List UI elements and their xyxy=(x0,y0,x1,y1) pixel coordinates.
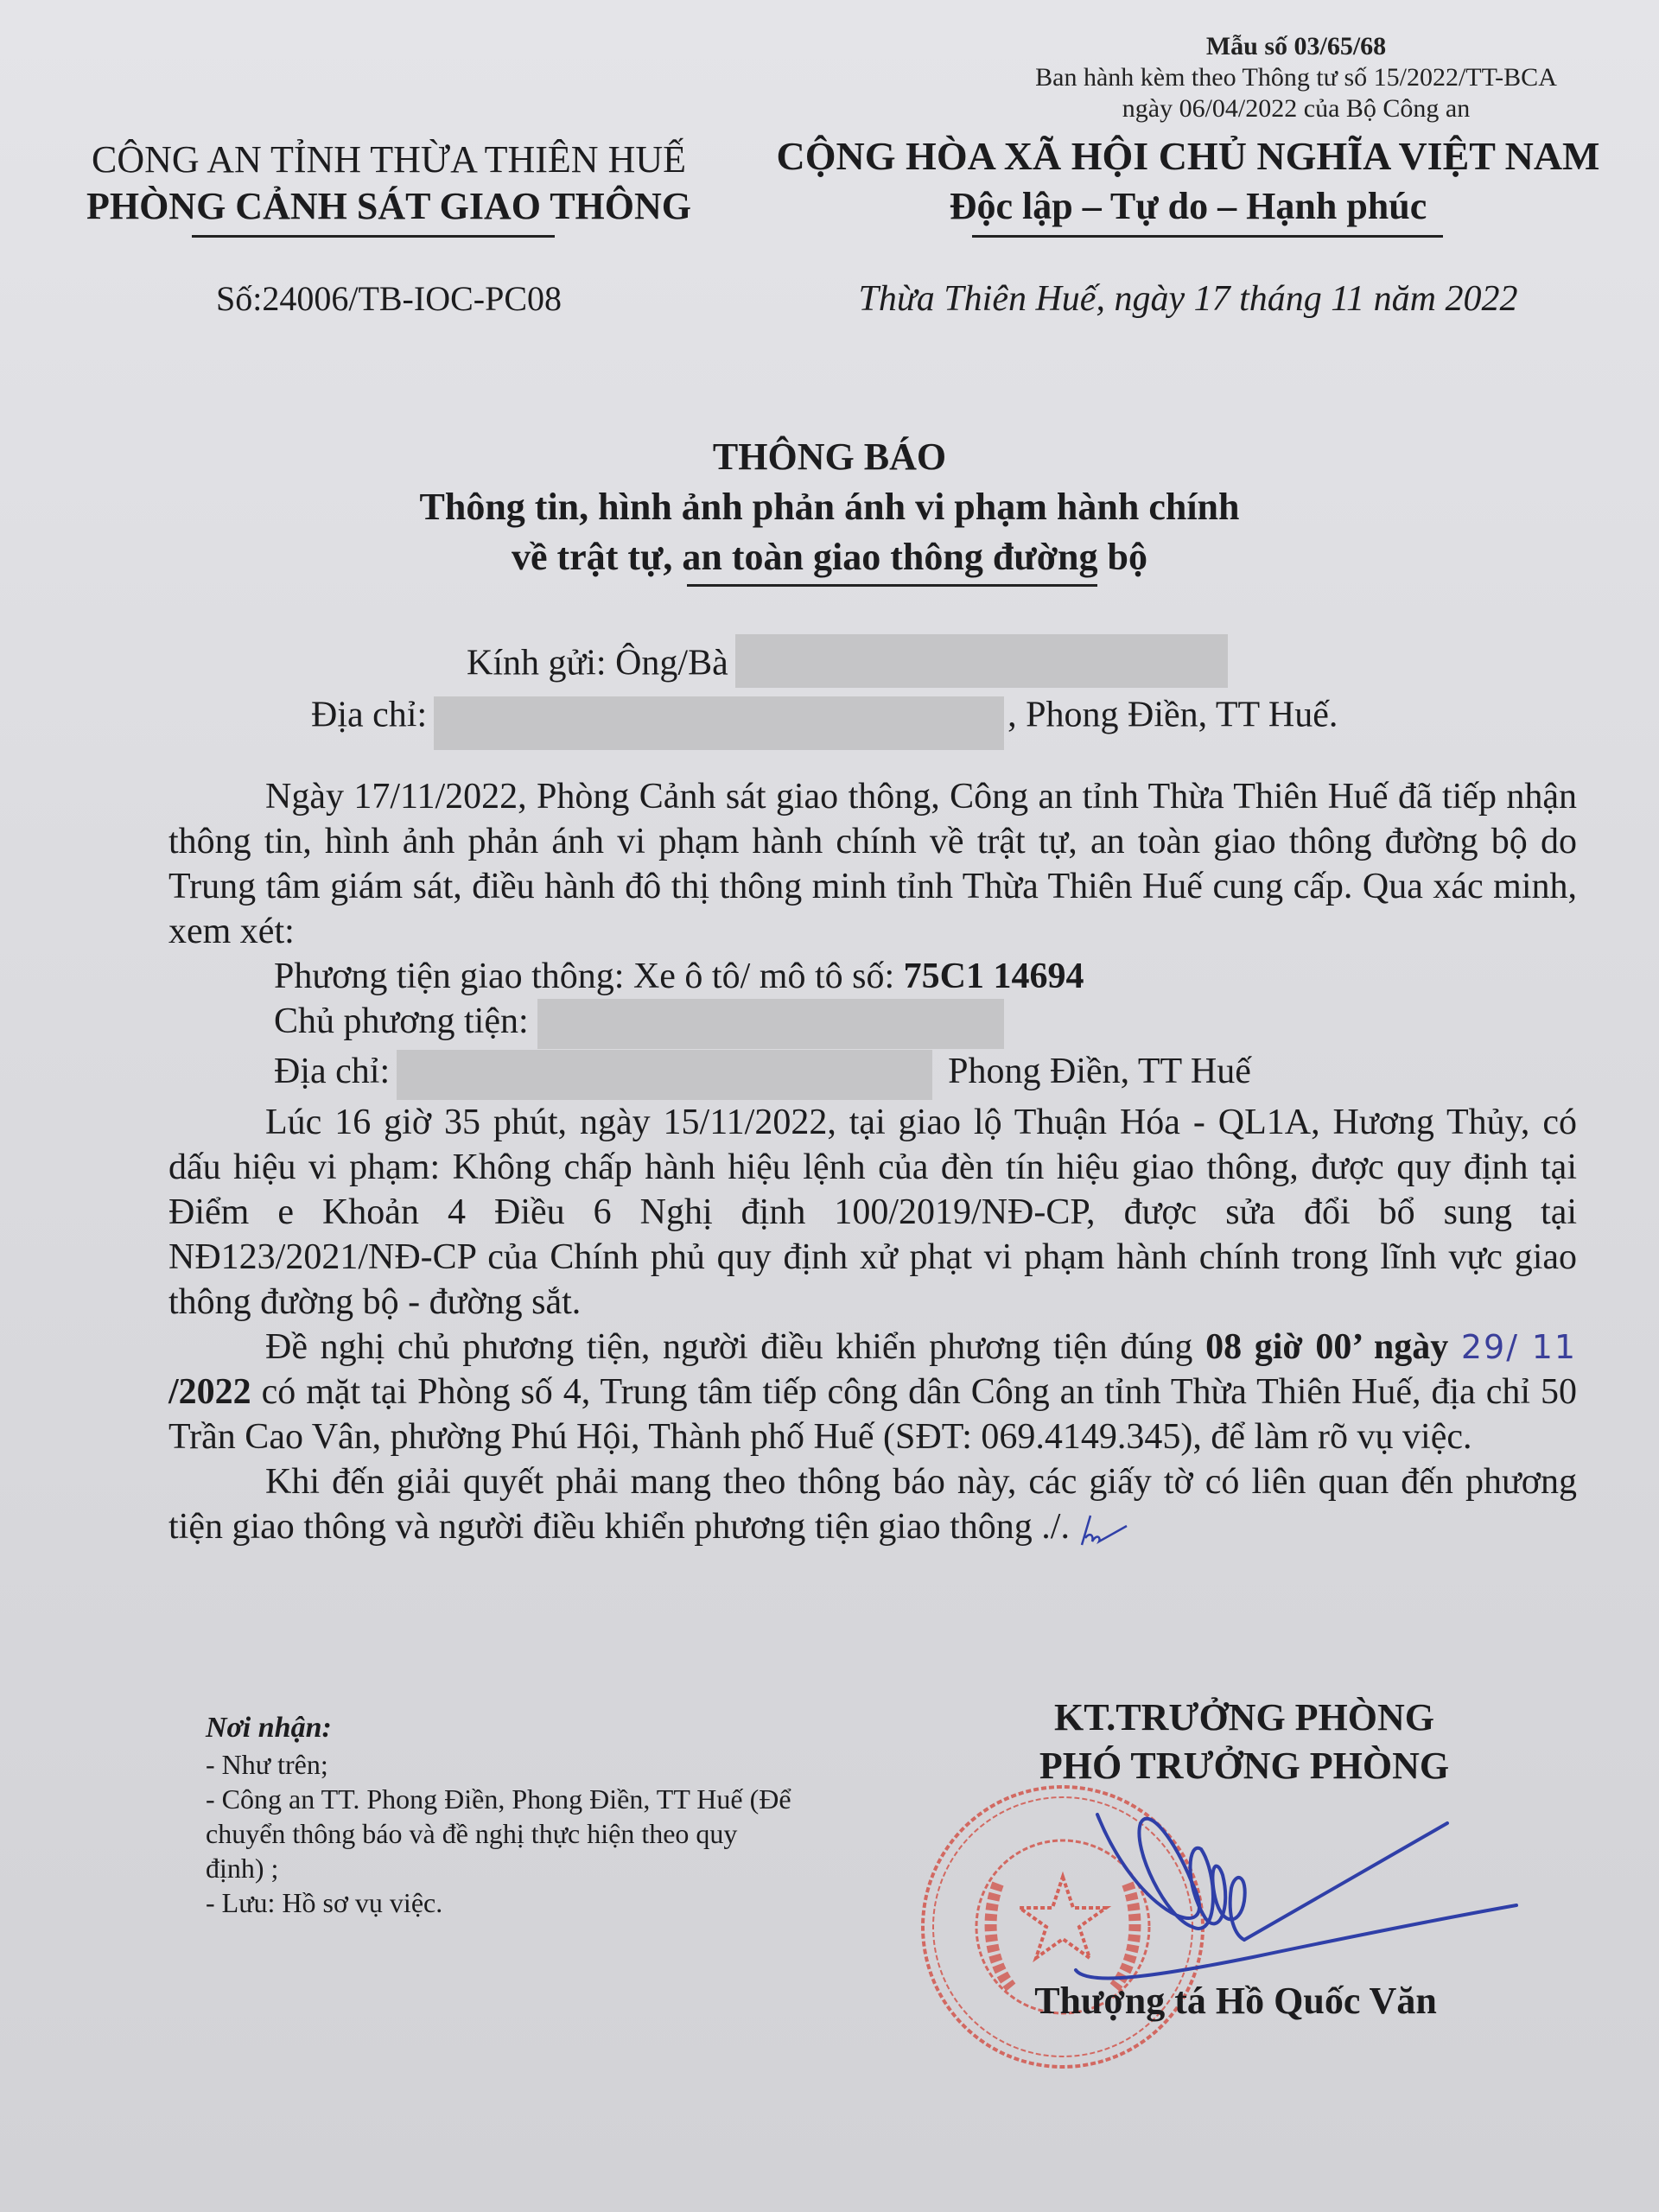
intro-paragraph: Ngày 17/11/2022, Phòng Cảnh sát giao thô… xyxy=(168,774,1577,954)
redacted-address xyxy=(434,696,1004,750)
national-header: CỘNG HÒA XÃ HỘI CHỦ NGHĨA VIỆT NAM Độc l… xyxy=(752,131,1624,232)
signatory-line-1: KT.TRƯỞNG PHÒNG xyxy=(933,1694,1555,1742)
issuing-unit: PHÒNG CẢNH SÁT GIAO THÔNG xyxy=(52,183,726,230)
summons-intro: Đề nghị chủ phương tiện, người điều khiể… xyxy=(265,1327,1192,1367)
summons-year: /2022 xyxy=(168,1372,251,1412)
redacted-owner-address xyxy=(397,1050,932,1100)
addressee-label: Kính gửi: Ông/Bà xyxy=(467,644,728,683)
signer-name: Thượng tá Hồ Quốc Văn xyxy=(916,1979,1555,2023)
issued-with: Ban hành kèm theo Thông tư số 15/2022/TT… xyxy=(950,62,1642,93)
notice-body: Ngày 17/11/2022, Phòng Cảnh sát giao thô… xyxy=(168,774,1577,1549)
recipients-block: Nơi nhận: - Như trên; - Công an TT. Phon… xyxy=(206,1709,862,1920)
title-line-1: Thông tin, hình ảnh phản ánh vi phạm hàn… xyxy=(259,482,1400,532)
summons-details: có mặt tại Phòng số 4, Trung tâm tiếp cô… xyxy=(168,1372,1577,1457)
title-line-2: về trật tự, an toàn giao thông đường bộ xyxy=(259,532,1400,582)
redacted-owner xyxy=(537,999,1004,1049)
owner-address-suffix: Phong Điền, TT Huế xyxy=(948,1052,1251,1091)
summons-time: 08 giờ 00’ ngày xyxy=(1205,1327,1448,1367)
nation-name: CỘNG HÒA XÃ HỘI CHỦ NGHĨA VIỆT NAM xyxy=(752,131,1624,181)
recipient-item: - Lưu: Hồ sơ vụ việc. xyxy=(206,1885,862,1920)
signatory-title: KT.TRƯỞNG PHÒNG PHÓ TRƯỞNG PHÒNG xyxy=(933,1694,1555,1790)
address-label: Địa chỉ: xyxy=(311,696,427,735)
summons-paragraph: Đề nghị chủ phương tiện, người điều khiể… xyxy=(168,1325,1577,1459)
vehicle-label: Phương tiện giao thông: Xe ô tô/ mô tô s… xyxy=(274,957,894,996)
agency-header: CÔNG AN TỈNH THỪA THIÊN HUẾ PHÒNG CẢNH S… xyxy=(52,137,726,230)
license-plate: 75C1 14694 xyxy=(904,957,1084,996)
recipients-heading: Nơi nhận: xyxy=(206,1709,862,1747)
address-suffix: , Phong Điền, TT Huế. xyxy=(1007,696,1338,735)
parent-agency: CÔNG AN TỈNH THỪA THIÊN HUẾ xyxy=(52,137,726,183)
owner-line: Chủ phương tiện: xyxy=(168,999,1577,1049)
form-reference-note: Mẫu số 03/65/68 Ban hành kèm theo Thông … xyxy=(950,31,1642,124)
addressee-line: Kính gửi: Ông/Bà xyxy=(467,639,1228,693)
addressee-address-line: Địa chỉ:, Phong Điền, TT Huế. xyxy=(311,691,1338,745)
issued-date: ngày 06/04/2022 của Bộ Công an xyxy=(950,93,1642,124)
vehicle-line: Phương tiện giao thông: Xe ô tô/ mô tô s… xyxy=(168,954,1577,999)
national-motto: Độc lập – Tự do – Hạnh phúc xyxy=(752,181,1624,232)
closing-text: Khi đến giải quyết phải mang theo thông … xyxy=(168,1462,1577,1547)
place-and-date: Thừa Thiên Huế, ngày 17 tháng 11 năm 202… xyxy=(752,278,1624,320)
closing-paragraph: Khi đến giải quyết phải mang theo thông … xyxy=(168,1459,1577,1549)
owner-address-label: Địa chỉ: xyxy=(274,1052,390,1091)
recipient-item: - Như trên; xyxy=(206,1747,862,1782)
owner-address-line: Địa chỉ:Phong Điền, TT Huế xyxy=(168,1049,1577,1099)
violation-paragraph: Lúc 16 giờ 35 phút, ngày 15/11/2022, tại… xyxy=(168,1100,1577,1325)
owner-label: Chủ phương tiện: xyxy=(274,1001,529,1041)
redacted-name xyxy=(735,634,1228,688)
document-number: Số:24006/TB-IOC-PC08 xyxy=(52,278,726,319)
motto-underline xyxy=(972,235,1443,238)
handwritten-month: 11 xyxy=(1532,1328,1577,1366)
initial-mark-icon xyxy=(1078,1512,1130,1547)
title-underline xyxy=(687,584,1097,587)
form-code: Mẫu số 03/65/68 xyxy=(950,31,1642,62)
recipient-item: - Công an TT. Phong Điền, Phong Điền, TT… xyxy=(206,1782,793,1885)
document-title: THÔNG BÁO Thông tin, hình ảnh phản ánh v… xyxy=(259,432,1400,582)
title-main: THÔNG BÁO xyxy=(259,432,1400,482)
agency-underline xyxy=(192,235,555,238)
handwritten-day: 29 xyxy=(1461,1328,1506,1366)
